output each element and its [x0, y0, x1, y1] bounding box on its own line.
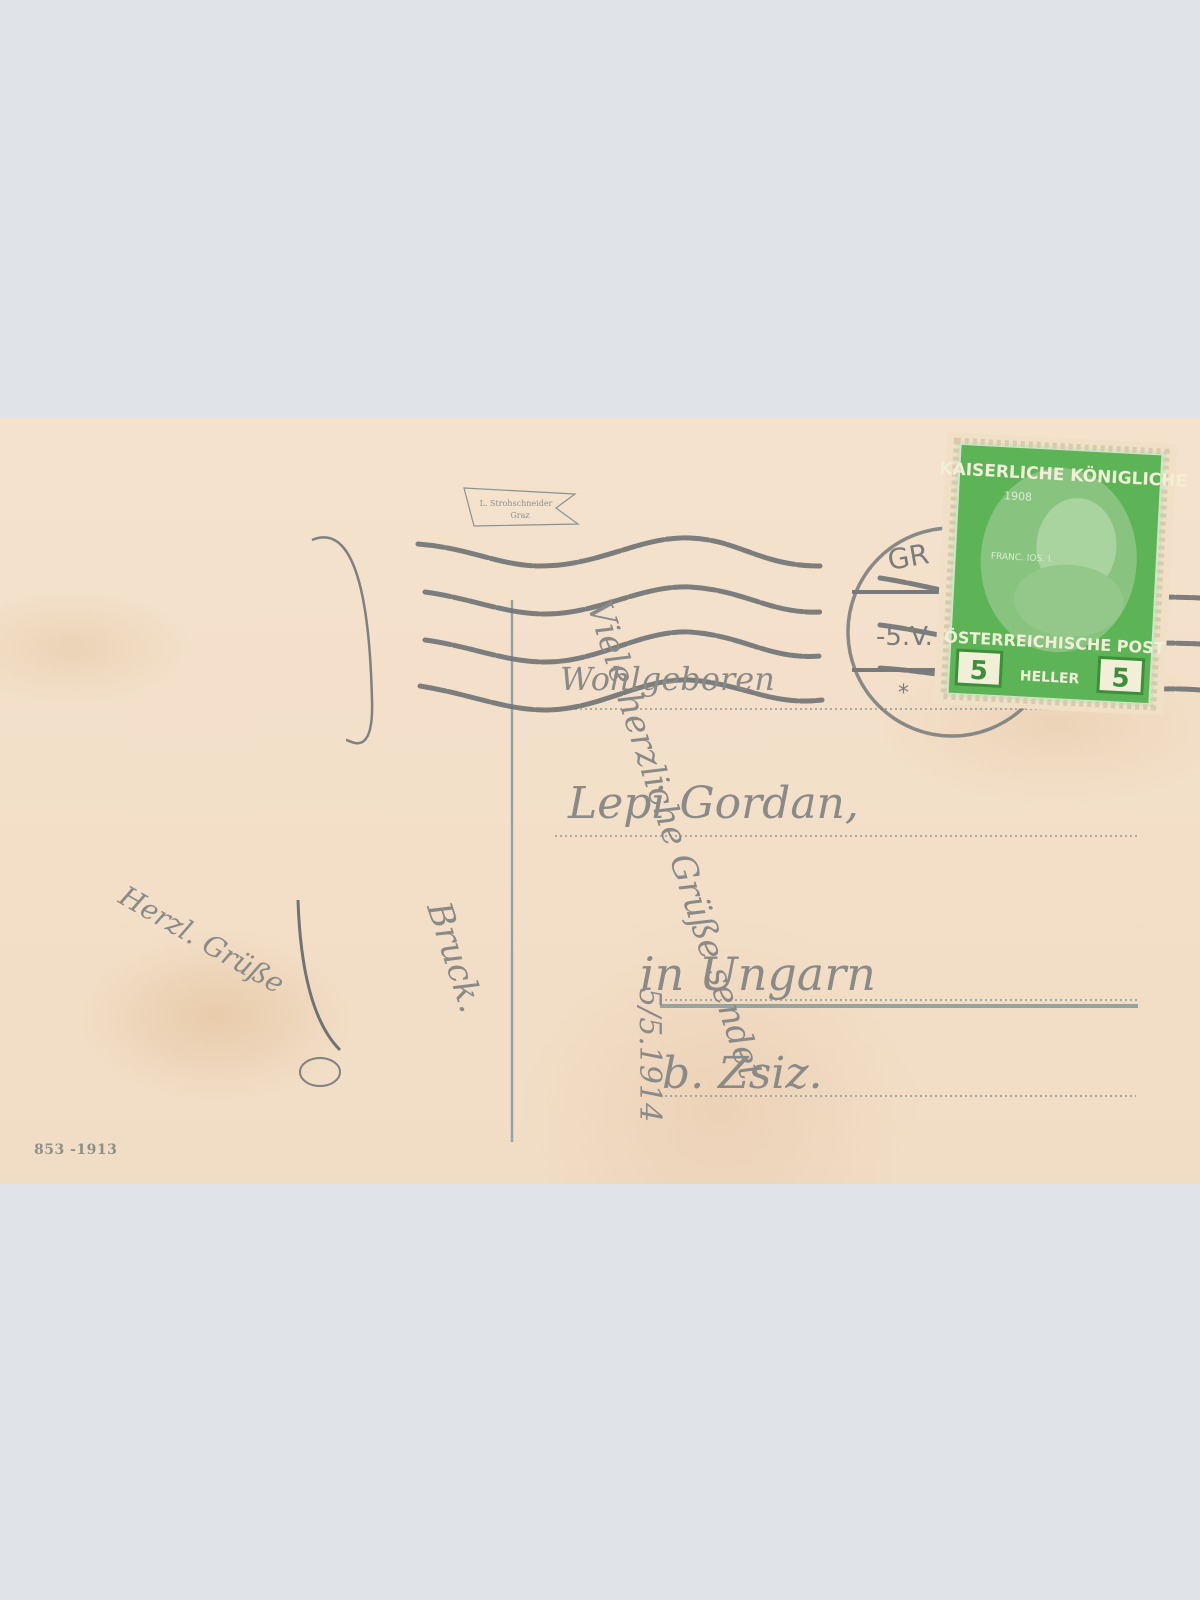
publisher-city: Graz [510, 511, 529, 520]
handwriting-left-note: Herzl. Grüße [113, 879, 291, 1001]
postage-stamp: KAISERLICHE KÖNIGLICHE ÖSTERREICHISCHE P… [928, 432, 1188, 716]
stamp-year: 1908 [1004, 489, 1033, 503]
pencil-stroke-signature [298, 900, 340, 1050]
handwriting-signature: Bruck. [418, 896, 491, 1017]
pencil-stroke [312, 537, 372, 743]
stamp-value-right: 5 [1111, 663, 1131, 694]
publisher-label: L. Strohschneider Graz [464, 488, 578, 526]
pencil-initials [300, 1058, 340, 1086]
stamp-value-left: 5 [969, 656, 989, 687]
handwriting-date: 5/5.1914 [632, 988, 667, 1122]
handwriting-addressee-name: Lepi Gordan, [567, 778, 859, 829]
postmark-star: * [898, 681, 909, 706]
print-code: 853 -1913 [34, 1142, 117, 1158]
postmark-date: -5.V. [876, 622, 933, 652]
stamp-currency: HELLER [1019, 668, 1079, 687]
handwriting-addressee-title: Wohlgeboren [560, 660, 775, 698]
handwriting-address-city: in Ungarn [640, 947, 876, 1001]
postmark-city: GR [885, 537, 931, 577]
postcard-markings: GR -5.V. * KAISERLICHE KÖNIGLICHE ÖSTERR… [0, 0, 1200, 1600]
publisher-name: L. Strohschneider [480, 499, 553, 508]
